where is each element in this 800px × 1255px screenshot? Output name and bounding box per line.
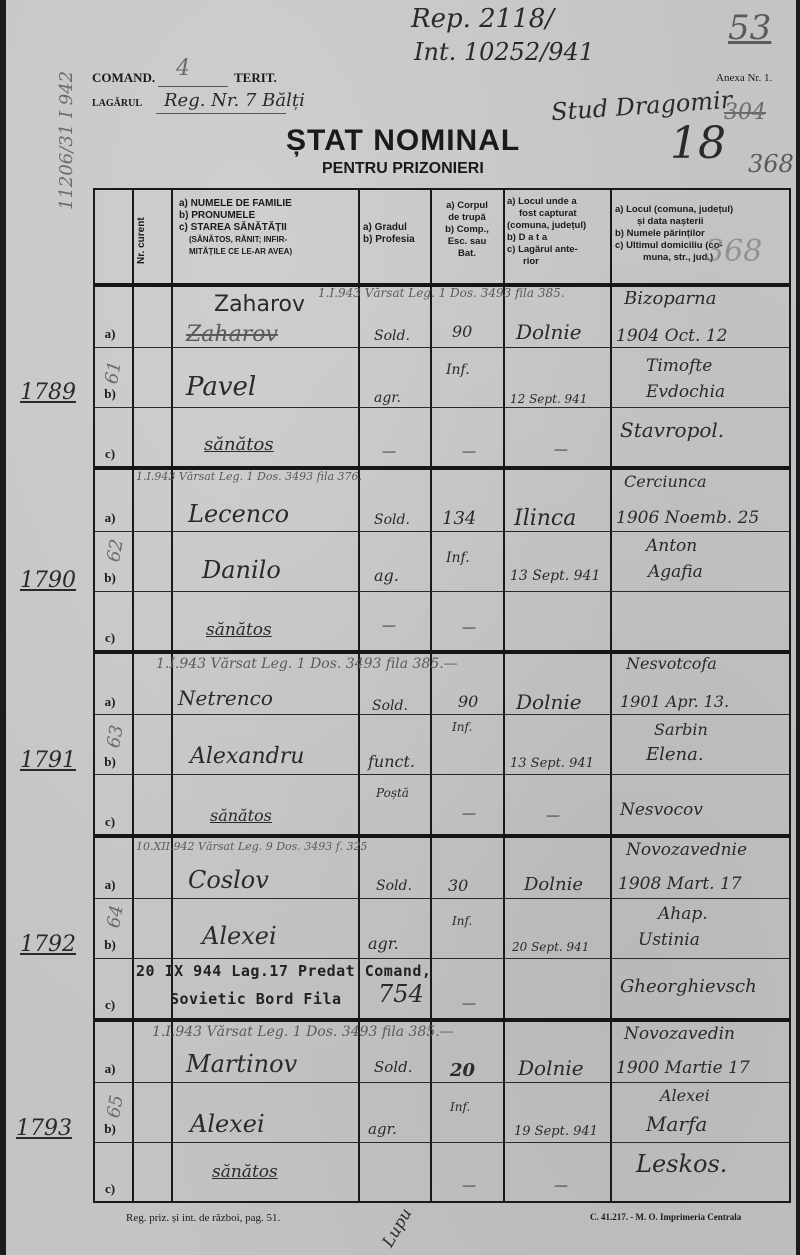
subrow-line — [95, 347, 789, 348]
transfer-note: 1.I.943 Vărsat Leg. 1 Dos. 3493 fila 376… — [136, 470, 362, 483]
header-name-c-detail-2: MITĂȚILE CE LE-AR AVEA) — [179, 246, 292, 258]
nr-curent: 65 — [103, 1093, 128, 1119]
health-status: sănătos — [204, 434, 274, 455]
nr-curent: 61 — [101, 359, 126, 385]
row-label-c: c) — [95, 1181, 125, 1197]
mother-name: Elena. — [646, 744, 704, 765]
given-name: Danilo — [202, 556, 281, 584]
capture-date: 13 Sept. 941 — [510, 568, 600, 584]
page-number: 53 — [728, 8, 771, 48]
header-birth-a2: și data nașterii — [615, 216, 733, 228]
margin-note-368: 368 — [748, 150, 794, 178]
subrow-line — [95, 407, 789, 408]
footer-initials: Lupu — [378, 1205, 415, 1250]
birth-date: 1906 Noemb. 25 — [616, 508, 759, 528]
surname: Martinov — [186, 1050, 297, 1078]
stamp-overlay-368: 368 — [705, 234, 762, 269]
birth-place: Novozavednie — [626, 840, 747, 860]
nr-curent: 64 — [103, 903, 128, 929]
capture-date: 12 Sept. 941 — [510, 392, 587, 406]
corp: 20 — [450, 1060, 475, 1081]
father-name: Timofte — [646, 356, 712, 376]
col-divider — [503, 190, 505, 1201]
birth-date: 1904 Oct. 12 — [616, 326, 727, 346]
prior-camp: — — [554, 442, 568, 458]
comp: Inf. — [452, 914, 472, 928]
capture-place: Dolnie — [518, 1056, 584, 1080]
domicile: Stavropol. — [620, 418, 724, 442]
health-status: sănătos — [212, 1162, 278, 1182]
dash: — — [462, 1178, 476, 1194]
comand-value: 4 — [176, 56, 190, 81]
col-divider — [358, 190, 360, 1201]
capture-place: Dolnie — [516, 320, 582, 344]
subrow-line — [95, 774, 789, 775]
grade: Sold. — [374, 512, 410, 528]
header-capture: a) Locul unde a fost capturat (comuna, j… — [507, 196, 586, 268]
document-page: Rep. 2118/ Int. 10252/941 53 COMAND. 4 T… — [6, 0, 796, 1255]
father-name: Ahap. — [658, 904, 708, 924]
grade: Sold. — [374, 1058, 412, 1076]
typed-note-line-1: 20 IX 944 Lag.17 Predat Comand, — [136, 962, 431, 980]
birth-place: Nesvotcofa — [626, 654, 717, 673]
birth-place: Cerciunca — [624, 472, 707, 491]
col-divider — [610, 190, 612, 1201]
annex-label: Anexa Nr. 1. — [716, 72, 772, 84]
prior-camp: — — [554, 1178, 568, 1194]
margin-note-304: 304 — [724, 100, 766, 125]
row-label-c: c) — [95, 814, 125, 830]
subrow-line — [95, 1142, 789, 1143]
col-divider — [132, 190, 134, 1201]
birth-date: 1900 Martie 17 — [616, 1058, 750, 1078]
surname: Zaharov — [214, 292, 305, 317]
row-label-a: a) — [95, 877, 125, 893]
subrow-line — [95, 531, 789, 532]
corp: 134 — [442, 508, 476, 529]
profession: agr. — [374, 390, 401, 406]
profession: agr. — [368, 934, 399, 953]
header-capture-c: c) Lagărul ante- — [507, 244, 586, 256]
header-unit-a: a) Corpul — [435, 200, 499, 212]
row-label-a: a) — [95, 694, 125, 710]
grade: Sold. — [374, 328, 410, 344]
row-label-b: b) — [95, 754, 125, 770]
father-name: Sarbin — [654, 720, 708, 739]
surname-struck: Zaharov — [186, 322, 278, 347]
transfer-note: 10.XII.942 Vărsat Leg. 9 Dos. 3493 f. 32… — [136, 840, 367, 853]
domicile: Leskos. — [636, 1150, 727, 1178]
header-birth-a: a) Locul (comuna, județul) — [615, 204, 733, 216]
row-label-b: b) — [95, 1121, 125, 1137]
lagarul-underline — [156, 113, 286, 114]
capture-date: 13 Sept. 941 — [510, 756, 594, 771]
birth-place: Novozavedin — [624, 1024, 735, 1044]
header-unit-a2: de trupă — [435, 212, 499, 224]
transfer-note: 1.I.943 Vărsat Leg. 1 Dos. 3493 fila 385… — [156, 656, 458, 672]
comp: Inf. — [450, 1100, 470, 1114]
subrow-line — [95, 714, 789, 715]
row-label-b: b) — [95, 570, 125, 586]
header-name-a: a) NUMELE DE FAMILIE — [179, 198, 292, 210]
birth-place: Bizoparna — [624, 288, 717, 309]
given-name: Pavel — [186, 372, 256, 402]
left-vertical-note: 11206/31 I 942 — [56, 71, 77, 210]
lagarul-label: LAGĂRUL — [92, 98, 142, 109]
mother-name: Ustinia — [638, 930, 700, 950]
reference-line-2: Int. 10252/941 — [414, 38, 594, 66]
given-name: Alexei — [190, 1110, 265, 1138]
row-label-c: c) — [95, 997, 125, 1013]
register-number: 1792 — [20, 932, 76, 957]
comp: Inf. — [452, 720, 472, 734]
birth-date: 1908 Mart. 17 — [618, 874, 742, 894]
birth-date: 1901 Apr. 13. — [620, 692, 729, 711]
header-unit-b2: Esc. sau — [435, 236, 499, 248]
health-status: sănătos — [210, 806, 272, 825]
reference-line-1: Rep. 2118/ — [411, 4, 554, 34]
register-number: 1789 — [20, 380, 76, 405]
domicile: Gheorghievsch — [620, 976, 757, 997]
record-separator — [95, 1018, 789, 1022]
header-unit: a) Corpul de trupă b) Comp., Esc. sau Ba… — [435, 200, 499, 260]
profession: agr. — [368, 1120, 397, 1138]
transfer-note: 1.I.943 Vărsat Leg. 1 Dos. 3493 fila 385… — [152, 1024, 454, 1040]
dash: — — [462, 444, 476, 460]
row-label-b: b) — [95, 937, 125, 953]
dash: — — [382, 618, 396, 634]
given-name: Alexandru — [190, 744, 304, 769]
comp: Inf. — [446, 550, 470, 566]
dash: — — [462, 996, 476, 1012]
given-name: Alexei — [202, 922, 277, 950]
header-unit-b: b) Comp., — [435, 224, 499, 236]
dash: — — [462, 806, 476, 822]
page-title: ȘTAT NOMINAL — [286, 124, 520, 158]
register-number: 1791 — [20, 748, 76, 773]
footer-reference: Reg. priz. și int. de război, pag. 51. — [126, 1212, 280, 1224]
grade: Sold. — [372, 698, 408, 714]
prior-camp: — — [546, 808, 560, 824]
header-capture-c2: rior — [507, 256, 586, 268]
comand-label: COMAND. — [92, 70, 155, 86]
mother-name: Evdochia — [646, 382, 725, 402]
mother-name: Marfa — [646, 1112, 707, 1136]
row-label-c: c) — [95, 630, 125, 646]
header-capture-a3: (comuna, județul) — [507, 220, 586, 232]
row-label-a: a) — [95, 510, 125, 526]
page-subtitle: PENTRU PRIZONIERI — [322, 160, 484, 178]
subrow-line — [95, 958, 789, 959]
profession-extra: Poștă — [376, 786, 409, 800]
subrow-line — [95, 898, 789, 899]
grade: Sold. — [376, 878, 412, 894]
father-name: Anton — [646, 536, 697, 556]
row-label-b: b) — [95, 386, 125, 402]
comp: Inf. — [446, 362, 470, 378]
surname: Netrenco — [178, 686, 273, 710]
register-number: 1790 — [20, 568, 76, 593]
profession: ag. — [374, 566, 399, 585]
surname: Lecenco — [188, 500, 289, 528]
typed-note-line-2: Sovietic Bord Fila — [170, 990, 342, 1008]
capture-place: Dolnie — [516, 690, 582, 714]
register-number: 1793 — [16, 1116, 72, 1141]
header-grade-b: b) Profesia — [363, 234, 415, 246]
header-nr-curent: Nr. curent — [136, 217, 148, 264]
dash: — — [382, 444, 396, 460]
subrow-line — [95, 591, 789, 592]
header-capture-b: b) D a t a — [507, 232, 586, 244]
corp: 30 — [448, 876, 468, 895]
header-name-c-detail-1: (SĂNĂTOS, RĂNIT; INFIR- — [179, 234, 292, 246]
header-name: a) NUMELE DE FAMILIE b) PRONUMELE c) STA… — [179, 198, 292, 258]
capture-date: 20 Sept. 941 — [512, 940, 589, 954]
nr-curent: 62 — [103, 537, 128, 563]
row-label-a: a) — [95, 1061, 125, 1077]
corp: 90 — [452, 322, 472, 341]
corp: 90 — [458, 692, 478, 711]
header-capture-a: a) Locul unde a — [507, 196, 586, 208]
header-unit-b3: Bat. — [435, 248, 499, 260]
domicile: Nesvocov — [620, 800, 703, 820]
terit-label: TERIT. — [234, 70, 277, 86]
transfer-note: 1.I.943 Vărsat Leg. 1 Dos. 3493 fila 385… — [318, 286, 565, 300]
record-separator — [95, 834, 789, 838]
header-grade-a: a) Gradul — [363, 222, 415, 234]
footer-printer: C. 41.217. - M. O. Imprimeria Centrala — [590, 1212, 741, 1222]
dash: — — [462, 620, 476, 636]
profession: funct. — [368, 752, 415, 771]
header-name-b: b) PRONUMELE — [179, 210, 292, 222]
comand-underline — [158, 86, 228, 87]
surname: Coslov — [188, 866, 269, 894]
margin-note-18: 18 — [670, 118, 726, 169]
lagarul-value: Reg. Nr. 7 Bălți — [164, 90, 305, 111]
header-capture-a2: fost capturat — [507, 208, 586, 220]
mother-name: Agafia — [648, 562, 703, 582]
capture-place: Ilinca — [514, 506, 576, 531]
col-divider — [171, 190, 173, 1201]
capture-date: 19 Sept. 941 — [514, 1124, 598, 1139]
row-label-c: c) — [95, 446, 125, 462]
header-name-c: c) STAREA SĂNĂTĂȚII — [179, 222, 292, 234]
nr-curent: 63 — [103, 723, 128, 749]
health-status: sănătos — [206, 620, 272, 640]
row-label-a: a) — [95, 326, 125, 342]
header-grade: a) Gradul b) Profesia — [363, 222, 415, 246]
col-divider — [430, 190, 432, 1201]
typed-fila-number: 754 — [378, 980, 424, 1008]
subrow-line — [95, 1082, 789, 1083]
father-name: Alexei — [660, 1086, 710, 1105]
capture-place: Dolnie — [524, 874, 583, 895]
